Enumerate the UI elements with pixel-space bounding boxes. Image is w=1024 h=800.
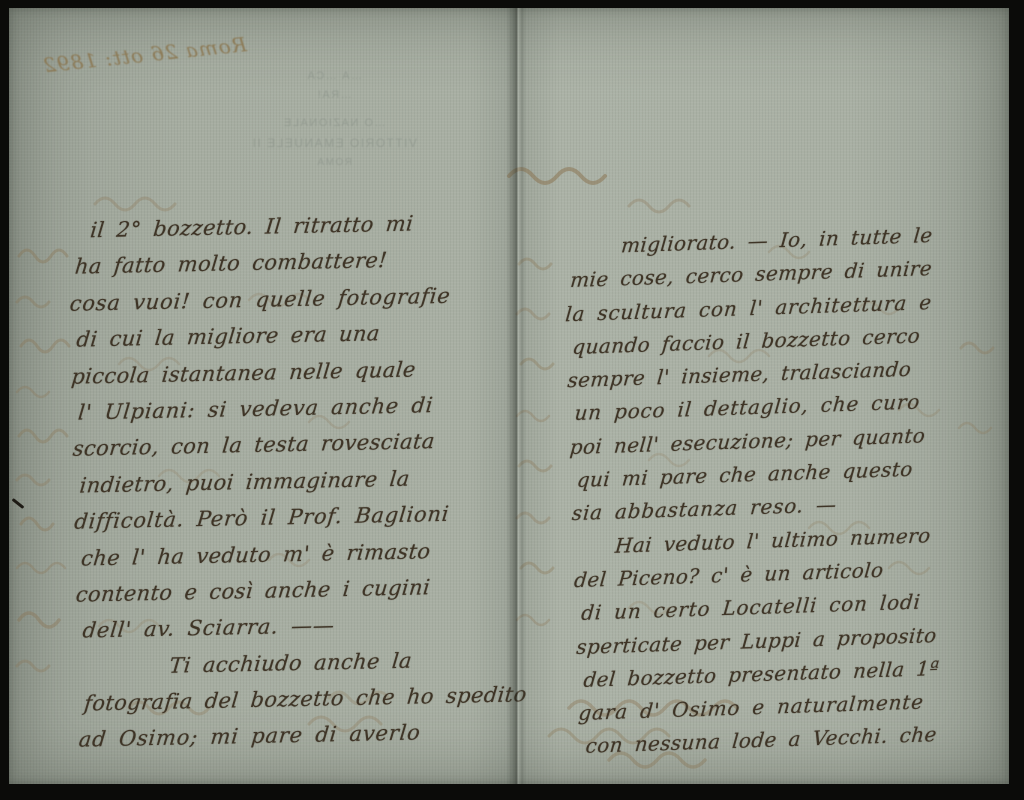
handwriting-right-page: migliorato. — Io, in tutte lemie cose, c…: [562, 223, 949, 768]
handwritten-line: ad Osimo; mi pare di averlo: [77, 719, 529, 765]
letterhead-line: VITTORIO EMANUELE II: [214, 136, 454, 150]
letterhead-line: …O NAZIONALE: [214, 117, 454, 129]
handwriting-left-page: il 2° bozzetto. Il ritratto miha fatto m…: [67, 209, 527, 764]
letter-scan: Roma 26 ott: 1892 …A …CA…RA!…O NAZIONALE…: [0, 0, 1024, 800]
letter-page-left: Roma 26 ott: 1892 …A …CA…RA!…O NAZIONALE…: [9, 8, 514, 784]
letterhead-line: …A …CA: [214, 70, 454, 82]
letter-sheet: Roma 26 ott: 1892 …A …CA…RA!…O NAZIONALE…: [9, 8, 1009, 784]
letterhead-line: ROMA: [214, 157, 454, 168]
letterhead-line: …RA!: [214, 89, 454, 101]
bleedthrough-letterhead: …A …CA…RA!…O NAZIONALEVITTORIO EMANUELE …: [214, 70, 454, 175]
ink-spot: [12, 498, 25, 509]
